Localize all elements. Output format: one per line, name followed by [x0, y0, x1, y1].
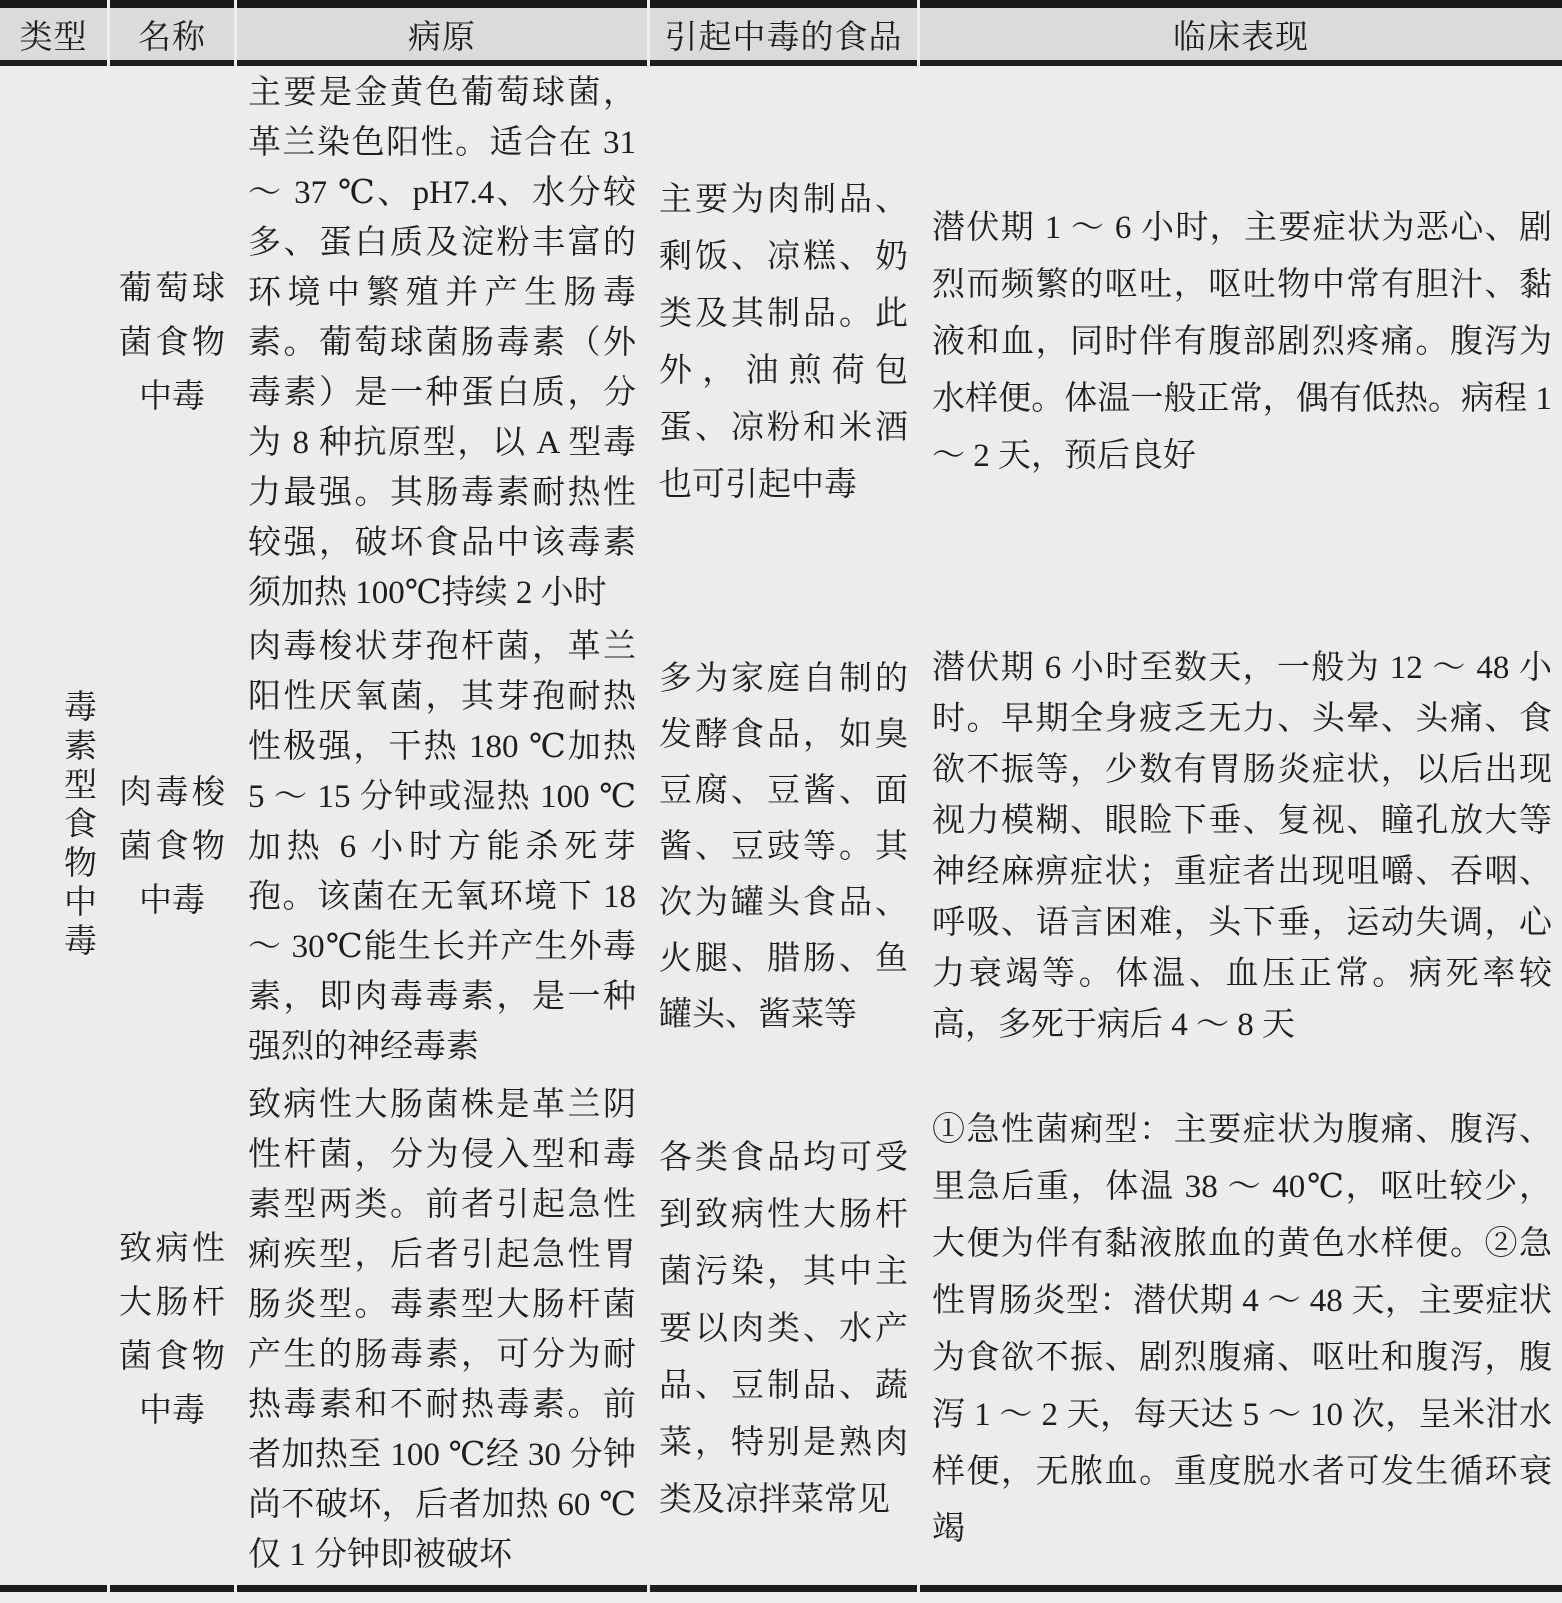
- header-name: 名称: [110, 0, 234, 66]
- type-group-cell: 毒素型食物中毒: [0, 66, 107, 1592]
- row1-pathogen: 主要是金黄色葡萄球菌，革兰染色阳性。适合在 31 ～ 37 ℃、pH7.4、水分…: [248, 68, 636, 618]
- header-clinical-label: 临床表现: [1173, 11, 1309, 58]
- header-type: 类型: [0, 0, 107, 66]
- row3-clinical: ①急性菌痢型：主要症状为腹痛、腹泻、里急后重，体温 38 ～ 40℃，呕吐较少，…: [932, 1102, 1552, 1558]
- row1-pathogen-cell: 主要是金黄色葡萄球菌，革兰染色阳性。适合在 31 ～ 37 ℃、pH7.4、水分…: [237, 66, 647, 619]
- header-type-label: 类型: [20, 11, 88, 58]
- food-poisoning-table-page: 类型 名称 病原 引起中毒的食品 临床表现 毒素型食物中毒 葡萄球菌食物中毒 主…: [0, 0, 1562, 1603]
- header-food-label: 引起中毒的食品: [665, 11, 903, 58]
- row3-food-cell: 各类食品均可受到致病性大肠杆菌污染，其中主要以肉类、水产品、豆制品、蔬菜，特别是…: [650, 1074, 917, 1592]
- row1-clinical: 潜伏期 1 ～ 6 小时，主要症状为恶心、剧烈而频繁的呕吐，呕吐物中常有胆汁、黏…: [932, 200, 1552, 485]
- row2-pathogen-cell: 肉毒梭状芽孢杆菌，革兰阳性厌氧菌，其芽孢耐热性极强，干热 180 ℃加热 5 ～…: [237, 619, 647, 1074]
- row3-pathogen: 致病性大肠菌株是革兰阴性杆菌，分为侵入型和毒素型两类。前者引起急性痢疾型，后者引…: [248, 1080, 636, 1580]
- row2-name-cell: 肉毒梭菌食物中毒: [110, 619, 234, 1074]
- food-poisoning-table: 类型 名称 病原 引起中毒的食品 临床表现 毒素型食物中毒 葡萄球菌食物中毒 主…: [0, 0, 1562, 1592]
- header-pathogen: 病原: [237, 0, 647, 66]
- header-clinical: 临床表现: [920, 0, 1562, 66]
- row3-name: 致病性大肠杆菌食物中毒: [119, 1222, 225, 1438]
- row3-name-cell: 致病性大肠杆菌食物中毒: [110, 1074, 234, 1592]
- row1-clinical-cell: 潜伏期 1 ～ 6 小时，主要症状为恶心、剧烈而频繁的呕吐，呕吐物中常有胆汁、黏…: [920, 66, 1562, 619]
- header-pathogen-label: 病原: [408, 11, 476, 58]
- row1-food: 主要为肉制品、剩饭、凉糕、奶类及其制品。此外，油煎荷包蛋、凉粉和米酒也可引起中毒: [659, 172, 908, 514]
- header-name-label: 名称: [138, 11, 206, 58]
- type-group-label: 毒素型食物中毒: [63, 689, 98, 962]
- row2-clinical: 潜伏期 6 小时至数天，一般为 12 ～ 48 小时。早期全身疲乏无力、头晕、头…: [932, 643, 1552, 1051]
- row1-name: 葡萄球菌食物中毒: [119, 262, 225, 424]
- row2-name: 肉毒梭菌食物中毒: [119, 766, 225, 928]
- row2-pathogen: 肉毒梭状芽孢杆菌，革兰阳性厌氧菌，其芽孢耐热性极强，干热 180 ℃加热 5 ～…: [248, 622, 636, 1072]
- row2-food: 多为家庭自制的发酵食品，如臭豆腐、豆酱、面酱、豆豉等。其次为罐头食品、火腿、腊肠…: [659, 651, 908, 1043]
- header-food: 引起中毒的食品: [650, 0, 917, 66]
- row3-pathogen-cell: 致病性大肠菌株是革兰阴性杆菌，分为侵入型和毒素型两类。前者引起急性痢疾型，后者引…: [237, 1074, 647, 1592]
- row3-clinical-cell: ①急性菌痢型：主要症状为腹痛、腹泻、里急后重，体温 38 ～ 40℃，呕吐较少，…: [920, 1074, 1562, 1592]
- row3-food: 各类食品均可受到致病性大肠杆菌污染，其中主要以肉类、水产品、豆制品、蔬菜，特别是…: [659, 1130, 908, 1529]
- row2-clinical-cell: 潜伏期 6 小时至数天，一般为 12 ～ 48 小时。早期全身疲乏无力、头晕、头…: [920, 619, 1562, 1074]
- row1-food-cell: 主要为肉制品、剩饭、凉糕、奶类及其制品。此外，油煎荷包蛋、凉粉和米酒也可引起中毒: [650, 66, 917, 619]
- row2-food-cell: 多为家庭自制的发酵食品，如臭豆腐、豆酱、面酱、豆豉等。其次为罐头食品、火腿、腊肠…: [650, 619, 917, 1074]
- row1-name-cell: 葡萄球菌食物中毒: [110, 66, 234, 619]
